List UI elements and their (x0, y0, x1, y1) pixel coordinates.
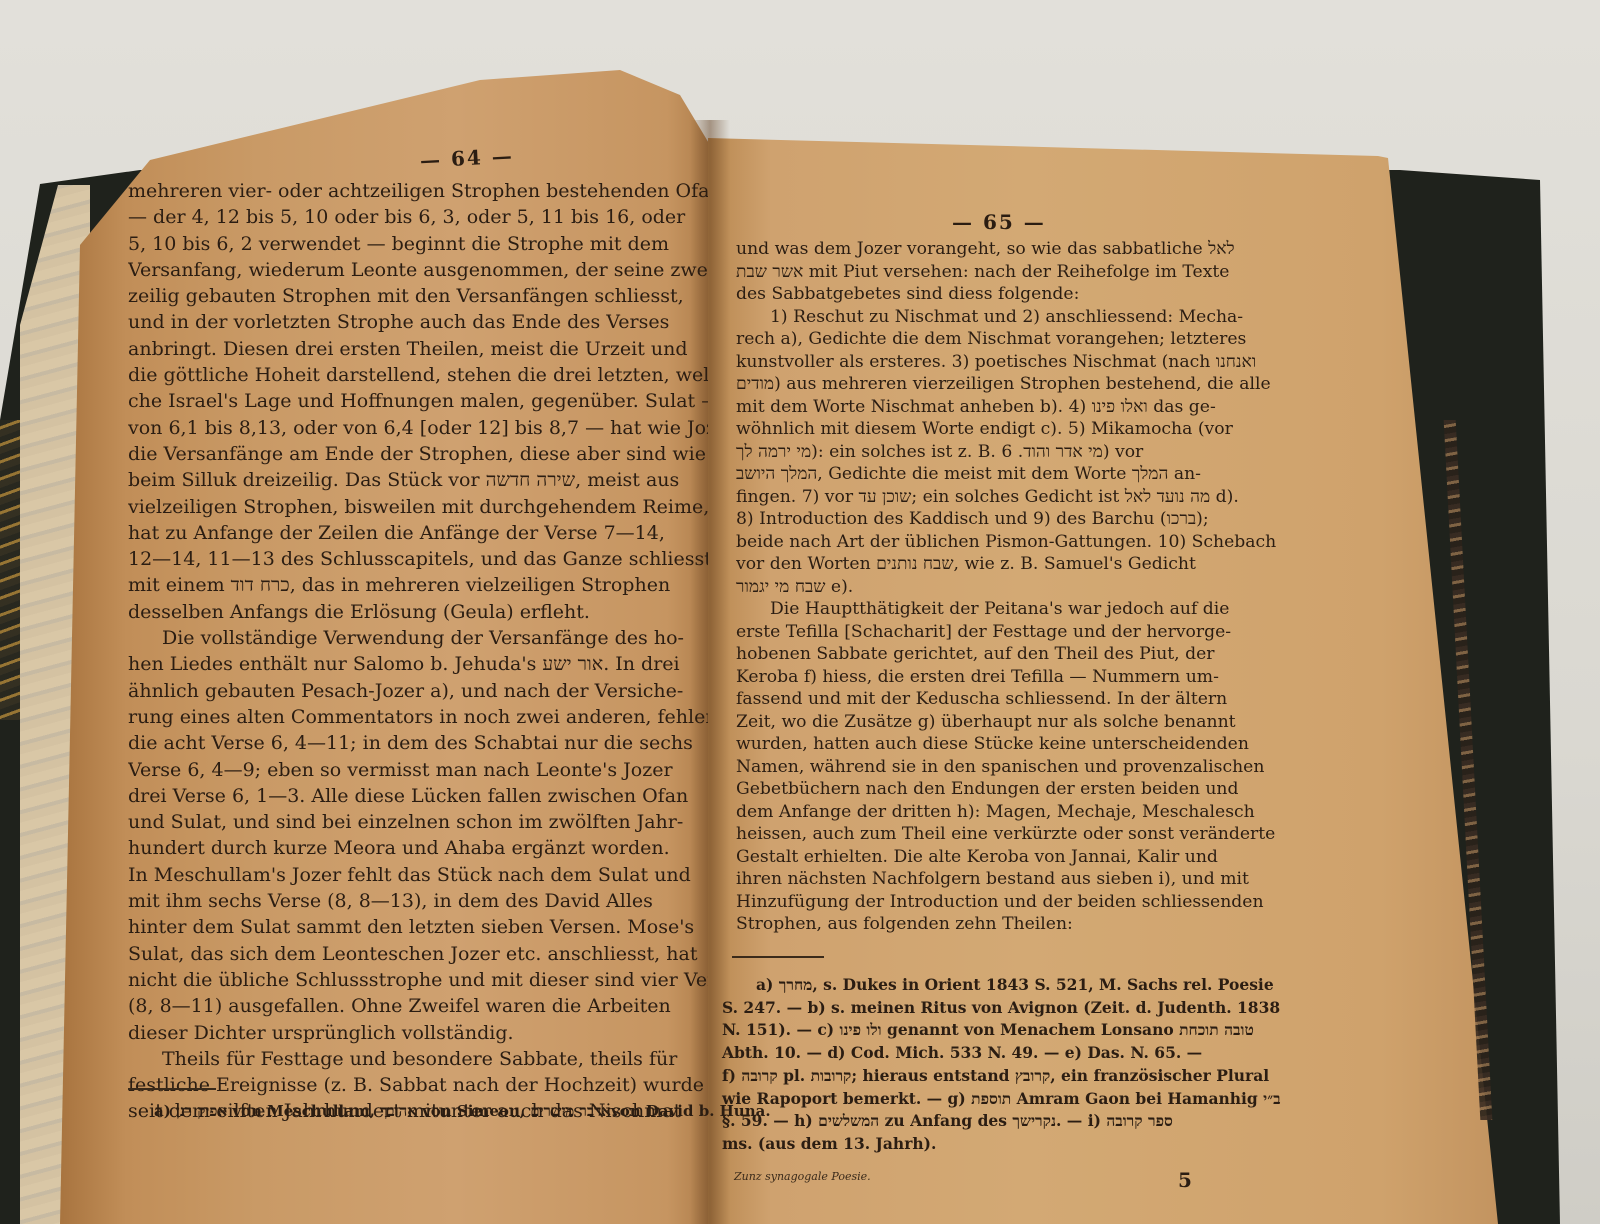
right-footnote-rule (732, 956, 824, 958)
right-text-line: אשר שבת mit Piut versehen: nach der Reih… (736, 261, 1336, 284)
left-text-line: drei Verse 6, 1—3. Alle diese Lücken fal… (128, 783, 708, 809)
right-footnote-line: f) קרובה pl. קרובות; hieraus entstand קר… (722, 1065, 1281, 1088)
left-text-line: beim Silluk dreizeilig. Das Stück vor שי… (128, 467, 708, 493)
left-text-line: hen Liedes enthält nur Salomo b. Jehuda'… (128, 651, 708, 677)
right-text-line: ihren nächsten Nachfolgern bestand aus s… (736, 868, 1336, 891)
right-text-line: erste Tefilla [Schacharit] der Festtage … (736, 621, 1336, 644)
right-text-line: 1) Reschut zu Nischmat und 2) anschliess… (736, 306, 1336, 329)
marbled-cover-edge-left (0, 420, 22, 720)
left-text-line: 5, 10 bis 6, 2 verwendet — beginnt die S… (128, 231, 708, 257)
right-text-line: kunstvoller als ersteres. 3) poetisches … (736, 351, 1336, 374)
left-text-line: dieser Dichter ursprünglich vollständig. (128, 1020, 708, 1046)
left-text-line: die acht Verse 6, 4—11; in dem des Schab… (128, 730, 708, 756)
right-footnote-line: a) מחרך, s. Dukes in Orient 1843 S. 521,… (722, 974, 1281, 997)
left-text-line: nicht die übliche Schlussstrophe und mit… (128, 967, 708, 993)
left-text-line: hat zu Anfange der Zeilen die Anfänge de… (128, 520, 708, 546)
left-text-line: che Israel's Lage und Hoffnungen malen, … (128, 388, 708, 414)
left-footnote-line: a) אפיק רנן von Meschullam, אהובך von Si… (120, 1102, 611, 1120)
left-text-line: 12—14, 11—13 des Schlusscapitels, und da… (128, 546, 708, 572)
signature-line: Zunz synagogale Poesie. (734, 1170, 871, 1183)
right-text-line: מי ירמה לך): ein solches ist z. B. מי אד… (736, 441, 1336, 464)
left-text-line: Versanfang, wiederum Leonte ausgenommen,… (128, 257, 708, 283)
left-footnote-rule (128, 1088, 216, 1090)
right-text-line: rech a), Gedichte die dem Nischmat voran… (736, 328, 1336, 351)
left-text-line: vielzeiligen Strophen, bisweilen mit dur… (128, 494, 708, 520)
right-text-line: heissen, auch zum Theil eine verkürzte o… (736, 823, 1336, 846)
right-text-line: und was dem Jozer vorangeht, so wie das … (736, 238, 1336, 261)
right-text-line: dem Anfange der dritten h): Magen, Mecha… (736, 801, 1336, 824)
signature-mark: 5 (1178, 1168, 1192, 1192)
left-text-line: (8, 8—11) ausgefallen. Ohne Zweifel ware… (128, 993, 708, 1019)
right-text-line: Die Hauptthätigkeit der Peitana's war je… (736, 598, 1336, 621)
right-text-line: מודים) aus mehreren vierzeiligen Strophe… (736, 373, 1336, 396)
left-text-line: mit einem כרח דוד, das in mehreren vielz… (128, 572, 708, 598)
right-text-line: vor den Worten שבח נותנים, wie z. B. Sam… (736, 553, 1336, 576)
left-text-line: von 6,1 bis 8,13, oder von 6,4 [oder 12]… (128, 415, 708, 441)
right-text-line: beide nach Art der üblichen Pismon-Gattu… (736, 531, 1336, 554)
right-text-line: Namen, während sie in den spanischen und… (736, 756, 1336, 779)
left-text-line: In Meschullam's Jozer fehlt das Stück na… (128, 862, 708, 888)
left-text-line: — der 4, 12 bis 5, 10 oder bis 6, 3, ode… (128, 204, 708, 230)
right-page-body: und was dem Jozer vorangeht, so wie das … (736, 238, 1336, 936)
right-footnote-line: ms. (aus dem 13. Jahrh). (722, 1133, 1281, 1156)
left-page-number: — 64 — (419, 144, 514, 173)
left-text-line: hinter dem Sulat sammt den letzten siebe… (128, 914, 708, 940)
left-text-line: rung eines alten Commentators in noch zw… (128, 704, 708, 730)
left-text-line: mit ihm sechs Verse (8, 8—13), in dem de… (128, 888, 708, 914)
left-text-line: anbringt. Diesen drei ersten Theilen, me… (128, 336, 708, 362)
right-footnote-line: N. 151). — c) ולו פינו genannt von Menac… (722, 1019, 1281, 1042)
right-text-line: המלך היושב, Gedichte die meist mit dem W… (736, 463, 1336, 486)
right-text-line: Gebetbüchern nach den Endungen der erste… (736, 778, 1336, 801)
right-text-line: mit dem Worte Nischmat anheben b). 4) וא… (736, 396, 1336, 419)
left-page-footnotes: a) אפיק רנן von Meschullam, אהובך von Si… (120, 1100, 771, 1122)
left-text-line: hundert durch kurze Meora und Ahaba ergä… (128, 835, 708, 861)
right-text-line: Gestalt erhielten. Die alte Keroba von J… (736, 846, 1336, 869)
right-text-line: hobenen Sabbate gerichtet, auf den Theil… (736, 643, 1336, 666)
left-text-line: die Versanfänge am Ende der Strophen, di… (128, 441, 708, 467)
left-text-line: Die vollständige Verwendung der Versanfä… (128, 625, 708, 651)
left-text-line: desselben Anfangs die Erlösung (Geula) e… (128, 599, 708, 625)
right-page-number: — 65 — (952, 210, 1046, 234)
left-text-line: zeilig gebauten Strophen mit den Versanf… (128, 283, 708, 309)
left-text-line: Sulat, das sich dem Leonteschen Jozer et… (128, 941, 708, 967)
left-text-line: und in der vorletzten Strophe auch das E… (128, 309, 708, 335)
right-text-line: Zeit, wo die Zusätze g) überhaupt nur al… (736, 711, 1336, 734)
left-text-line: Theils für Festtage und besondere Sabbat… (128, 1046, 708, 1072)
right-text-line: wöhnlich mit diesem Worte endigt c). 5) … (736, 418, 1336, 441)
left-text-line: ähnlich gebauten Pesach-Jozer a), und na… (128, 678, 708, 704)
left-text-line: festliche Ereignisse (z. B. Sabbat nach … (128, 1072, 708, 1098)
right-text-line: Strophen, aus folgenden zehn Theilen: (736, 913, 1336, 936)
right-page-footnotes: a) מחרך, s. Dukes in Orient 1843 S. 521,… (722, 974, 1281, 1156)
right-text-line: wurden, hatten auch diese Stücke keine u… (736, 733, 1336, 756)
left-text-line: mehreren vier- oder achtzeiligen Strophe… (128, 178, 708, 204)
right-text-line: fingen. 7) vor שוכן עד; ein solches Gedi… (736, 486, 1336, 509)
right-text-line: fassend und mit der Keduscha schliessend… (736, 688, 1336, 711)
right-text-line: 8) Introduction des Kaddisch und 9) des … (736, 508, 1336, 531)
right-footnote-line: Abth. 10. — d) Cod. Mich. 533 N. 49. — e… (722, 1042, 1281, 1065)
right-text-line: Keroba f) hiess, die ersten drei Tefilla… (736, 666, 1336, 689)
left-text-line: Verse 6, 4—9; eben so vermisst man nach … (128, 757, 708, 783)
right-footnote-line: §. 59. — h) המשלשים zu Anfang des נקרישך… (722, 1110, 1281, 1133)
left-text-line: und Sulat, und sind bei einzelnen schon … (128, 809, 708, 835)
right-text-line: des Sabbatgebetes sind diess folgende: (736, 283, 1336, 306)
right-text-line: שבח מי יגמור e). (736, 576, 1336, 599)
right-text-line: Hinzufügung der Introduction und der bei… (736, 891, 1336, 914)
right-footnote-line: S. 247. — b) s. meinen Ritus von Avignon… (722, 997, 1281, 1020)
right-footnote-line: wie Rapoport bemerkt. — g) תוספת Amram G… (722, 1088, 1281, 1111)
left-page-body: mehreren vier- oder achtzeiligen Strophe… (128, 178, 708, 1125)
left-text-line: die göttliche Hoheit darstellend, stehen… (128, 362, 708, 388)
